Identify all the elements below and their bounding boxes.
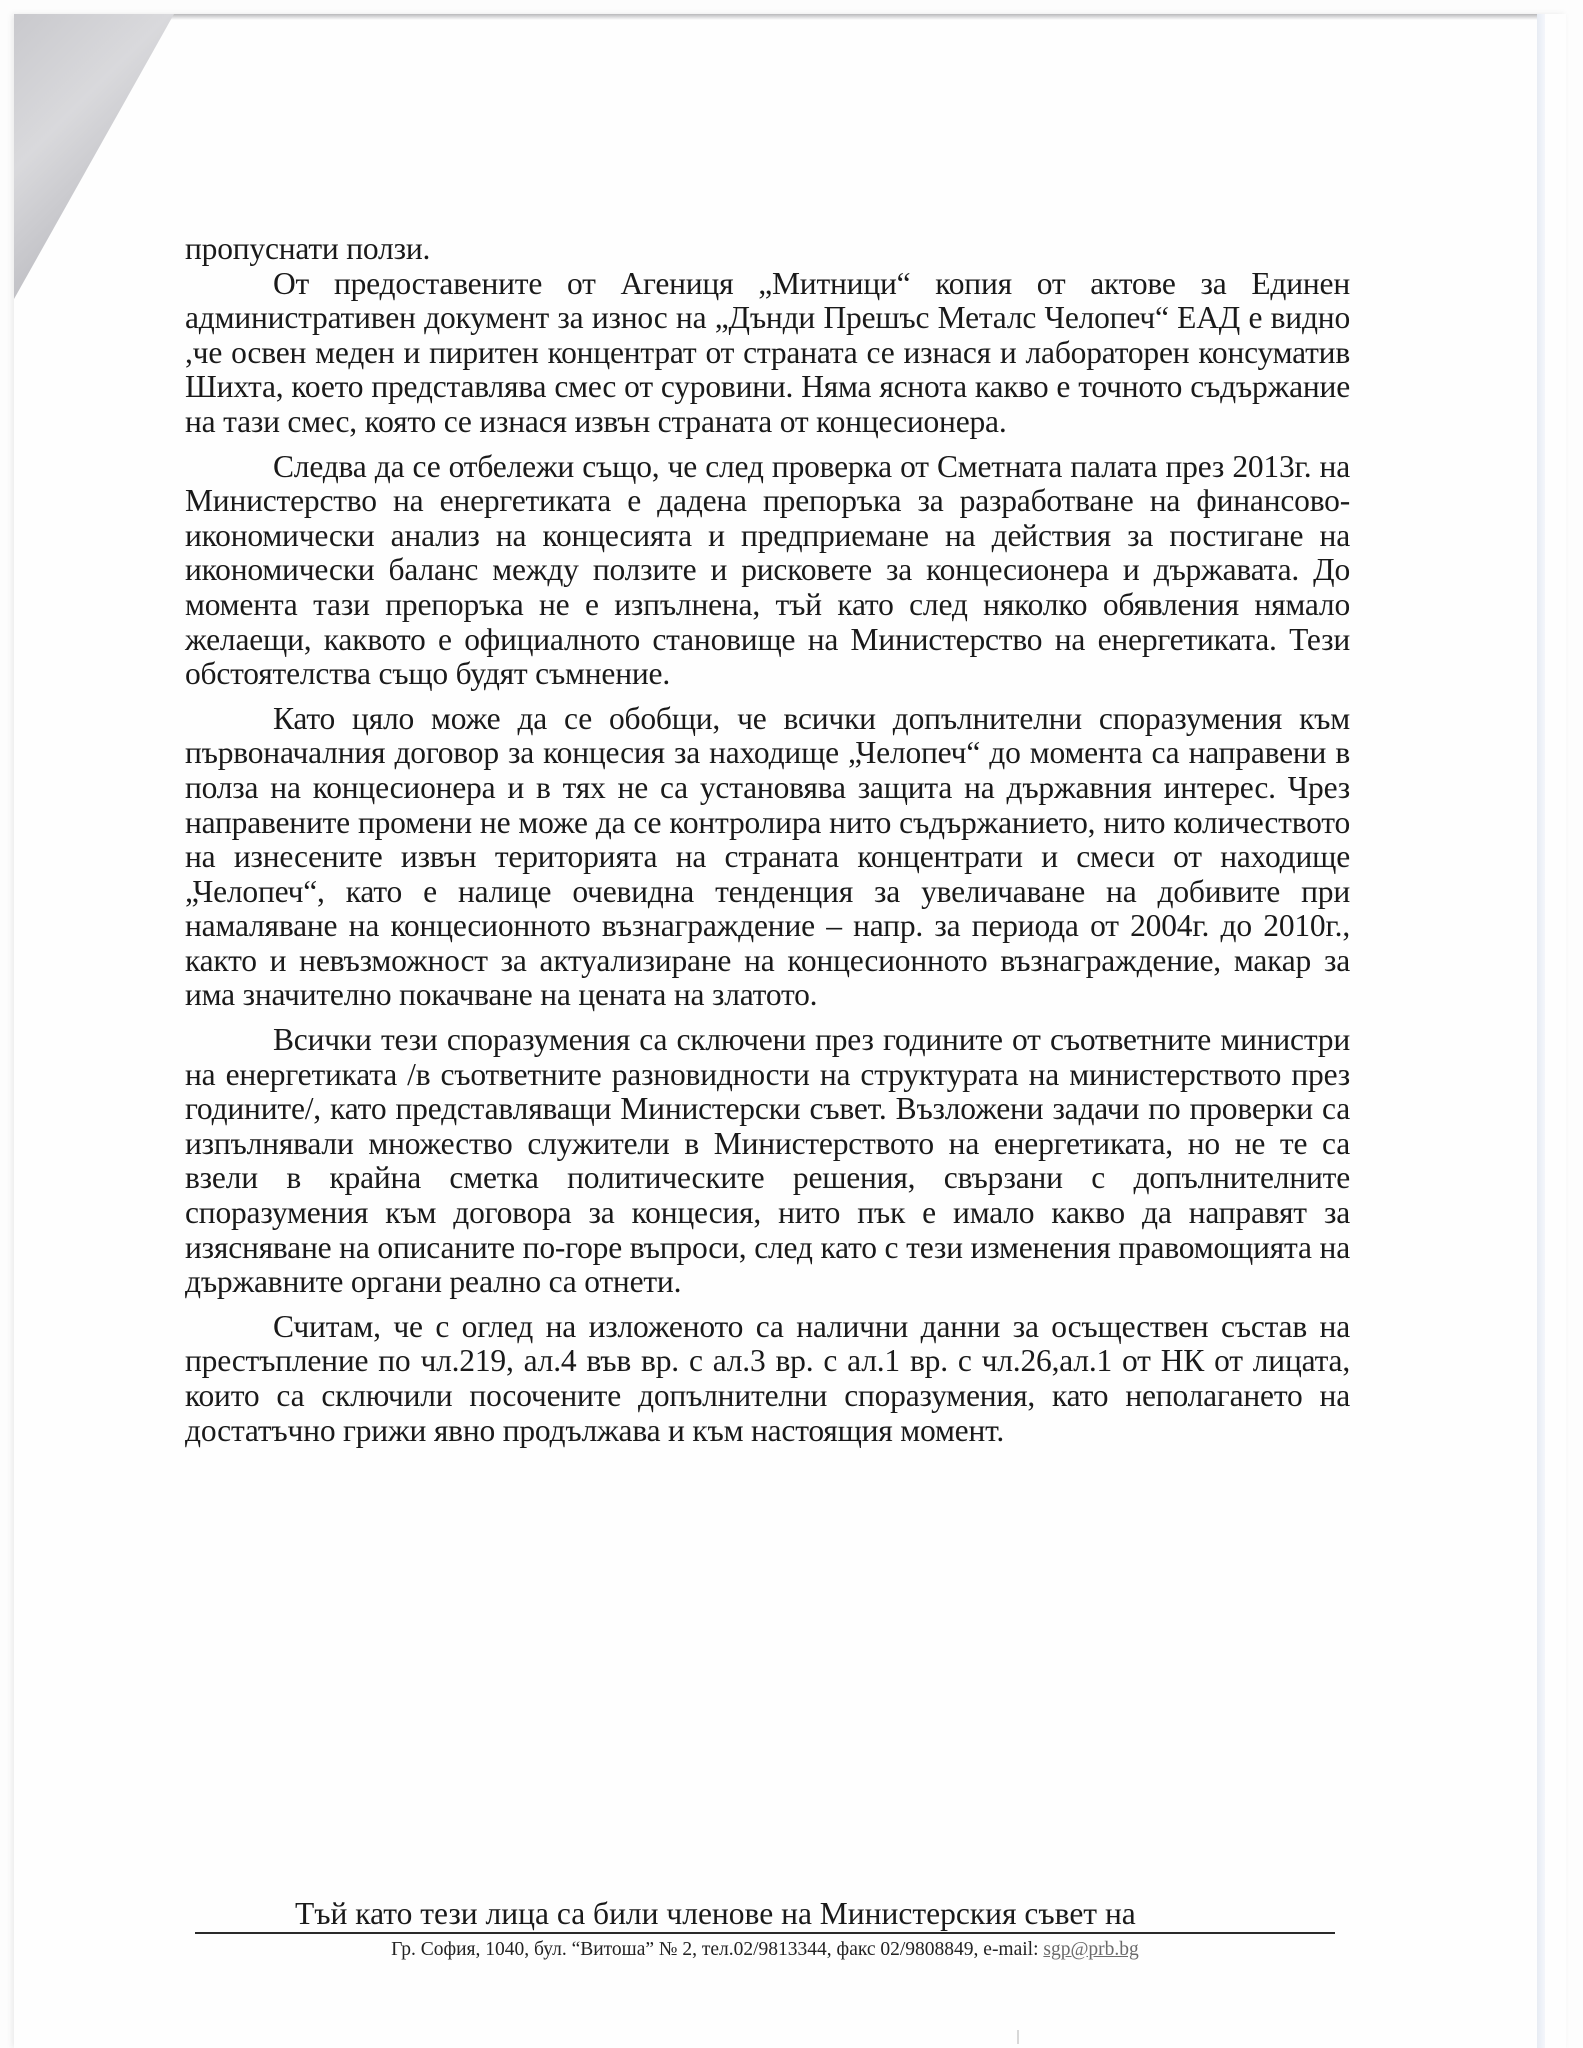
footer-address: Гр. София, 1040, бул. “Витоша” № 2, тел.… — [391, 1939, 1043, 1960]
footer-contact: Гр. София, 1040, бул. “Витоша” № 2, тел.… — [195, 1938, 1335, 1962]
paragraph-conclusion: Считам, че с оглед на изложеното са нали… — [185, 1310, 1350, 1448]
paragraph-audit-recommendation: Следва да се отбележи също, че след пров… — [185, 450, 1350, 692]
footer-email-link[interactable]: sgp@prb.bg — [1043, 1939, 1138, 1960]
page-top-shadow — [160, 14, 1540, 20]
page-right-edge — [1537, 14, 1545, 2048]
paragraph-summary: Като цяло може да се обобщи, че всички д… — [185, 702, 1350, 1013]
paragraph-continuation: пропуснати ползи. — [185, 232, 1350, 267]
footer-divider — [195, 1932, 1335, 1934]
paragraph-agreements: Всички тези споразумения са сключени пре… — [185, 1023, 1350, 1300]
scan-speck — [1017, 2030, 1019, 2044]
paragraph-continues-next-page: Тъй като тези лица са били членове на Ми… — [295, 1897, 1136, 1931]
document-body: пропуснати ползи. От предоставените от А… — [185, 232, 1350, 1448]
paragraph-customs-export: От предоставените от Агениця „Митници“ к… — [185, 267, 1350, 440]
